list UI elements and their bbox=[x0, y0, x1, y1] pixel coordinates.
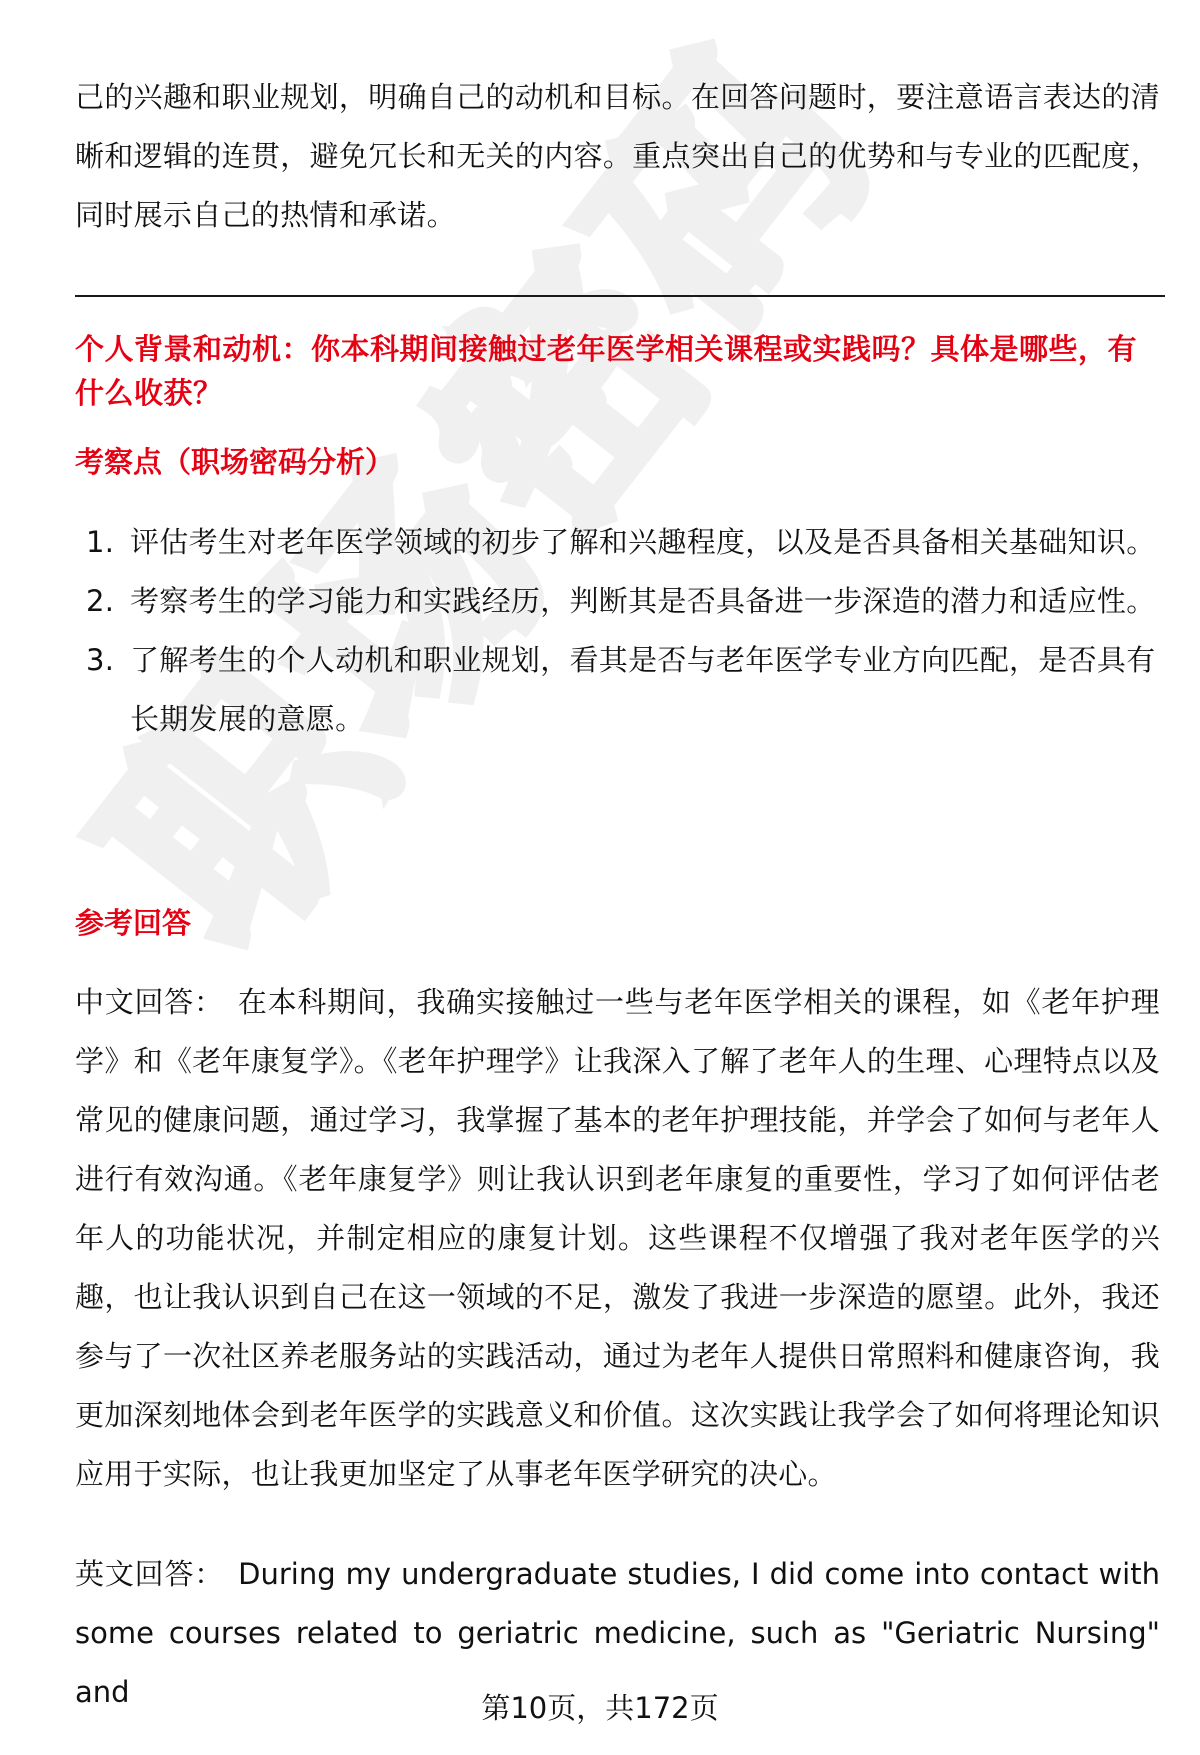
list-item-text: 考察考生的学习能力和实践经历，判断其是否具备进一步深造的潜力和适应性。 bbox=[130, 584, 1156, 618]
list-item: 2. 考察考生的学习能力和实践经历，判断其是否具备进一步深造的潜力和适应性。 bbox=[75, 572, 1160, 631]
chinese-answer-text: 在本科期间，我确实接触过一些与老年医学相关的课程，如《老年护理学》和《老年康复学… bbox=[75, 985, 1160, 1491]
chinese-answer-paragraph: 中文回答：在本科期间，我确实接触过一些与老年医学相关的课程，如《老年护理学》和《… bbox=[75, 973, 1160, 1504]
list-item-text: 了解考生的个人动机和职业规划，看其是否与老年医学专业方向匹配，是否具有长期发展的… bbox=[130, 643, 1156, 736]
list-item: 1. 评估考生对老年医学领域的初步了解和兴趣程度，以及是否具备相关基础知识。 bbox=[75, 513, 1160, 572]
english-answer-text: During my undergraduate studies, I did c… bbox=[75, 1557, 1160, 1709]
question-heading: 个人背景和动机：你本科期间接触过老年医学相关课程或实践吗？具体是哪些，有什么收获… bbox=[75, 327, 1160, 415]
list-number: 1. bbox=[86, 513, 114, 572]
section-divider bbox=[75, 295, 1165, 297]
chinese-answer-label: 中文回答： bbox=[75, 985, 224, 1019]
list-number: 3. bbox=[86, 631, 114, 690]
list-item-text: 评估考生对老年医学领域的初步了解和兴趣程度，以及是否具备相关基础知识。 bbox=[130, 525, 1156, 559]
intro-paragraph: 己的兴趣和职业规划，明确自己的动机和目标。在回答问题时，要注意语言表达的清晰和逻… bbox=[75, 68, 1160, 245]
focus-list: 1. 评估考生对老年医学领域的初步了解和兴趣程度，以及是否具备相关基础知识。 2… bbox=[75, 513, 1160, 749]
focus-section-title: 考察点（职场密码分析） bbox=[75, 440, 394, 484]
page-number-footer: 第10页，共172页 bbox=[0, 1688, 1200, 1728]
document-page: 职场密码 己的兴趣和职业规划，明确自己的动机和目标。在回答问题时，要注意语言表达… bbox=[0, 0, 1200, 1755]
english-answer-label: 英文回答： bbox=[75, 1557, 224, 1591]
list-number: 2. bbox=[86, 572, 114, 631]
answer-section-title: 参考回答 bbox=[75, 901, 191, 945]
list-item: 3. 了解考生的个人动机和职业规划，看其是否与老年医学专业方向匹配，是否具有长期… bbox=[75, 631, 1160, 749]
